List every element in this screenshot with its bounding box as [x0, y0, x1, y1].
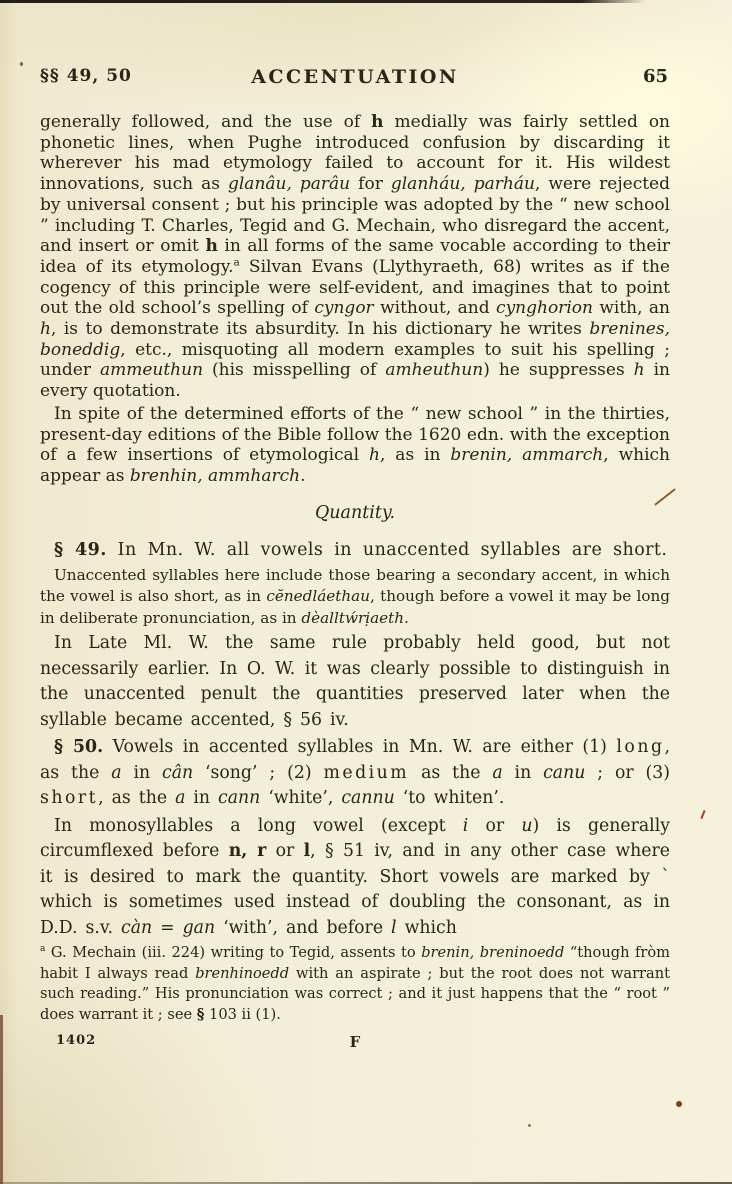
running-title: ACCENTUATION [251, 66, 459, 88]
signature-letter: F [350, 1033, 361, 1051]
footnote-g-mechain: a G. Mechain (iii. 224) writing to Tegid… [40, 943, 670, 1025]
scan-left-edge-strip [0, 1015, 3, 1184]
paragraph-bible-editions: In spite of the determined efforts of th… [40, 404, 670, 487]
page-number: 65 [643, 66, 668, 87]
paragraph-late-ml-w: In Late Ml. W. the same rule probably he… [40, 631, 670, 733]
paper-speck [676, 1101, 682, 1107]
book-page: §§ 49, 50 ACCENTUATION 65 generally foll… [0, 0, 732, 1184]
paragraph-pughe-etymology: generally followed, and the use of h med… [40, 112, 670, 402]
page-footer: 1402 F [40, 1033, 670, 1051]
paragraph-rule-50: § 50. Vowels in accented syllables in Mn… [40, 735, 670, 812]
paper-speck [20, 62, 23, 66]
section-reference: §§ 49, 50 [40, 66, 132, 86]
scan-top-edge-line [0, 0, 646, 3]
signature-number: 1402 [56, 1033, 96, 1048]
paper-speck [528, 1124, 531, 1127]
red-ink-mark [700, 810, 705, 819]
page-content: §§ 49, 50 ACCENTUATION 65 generally foll… [40, 66, 670, 1051]
paragraph-secondary-accent-note: Unaccented syllables here include those … [40, 565, 670, 630]
page-header: §§ 49, 50 ACCENTUATION 65 [40, 66, 670, 92]
paragraph-rule-49: § 49. In Mn. W. all vowels in unaccented… [40, 537, 670, 563]
paragraph-monosyllables: In monosyllables a long vowel (except i … [40, 814, 670, 942]
section-heading-quantity: Quantity. [40, 503, 670, 523]
